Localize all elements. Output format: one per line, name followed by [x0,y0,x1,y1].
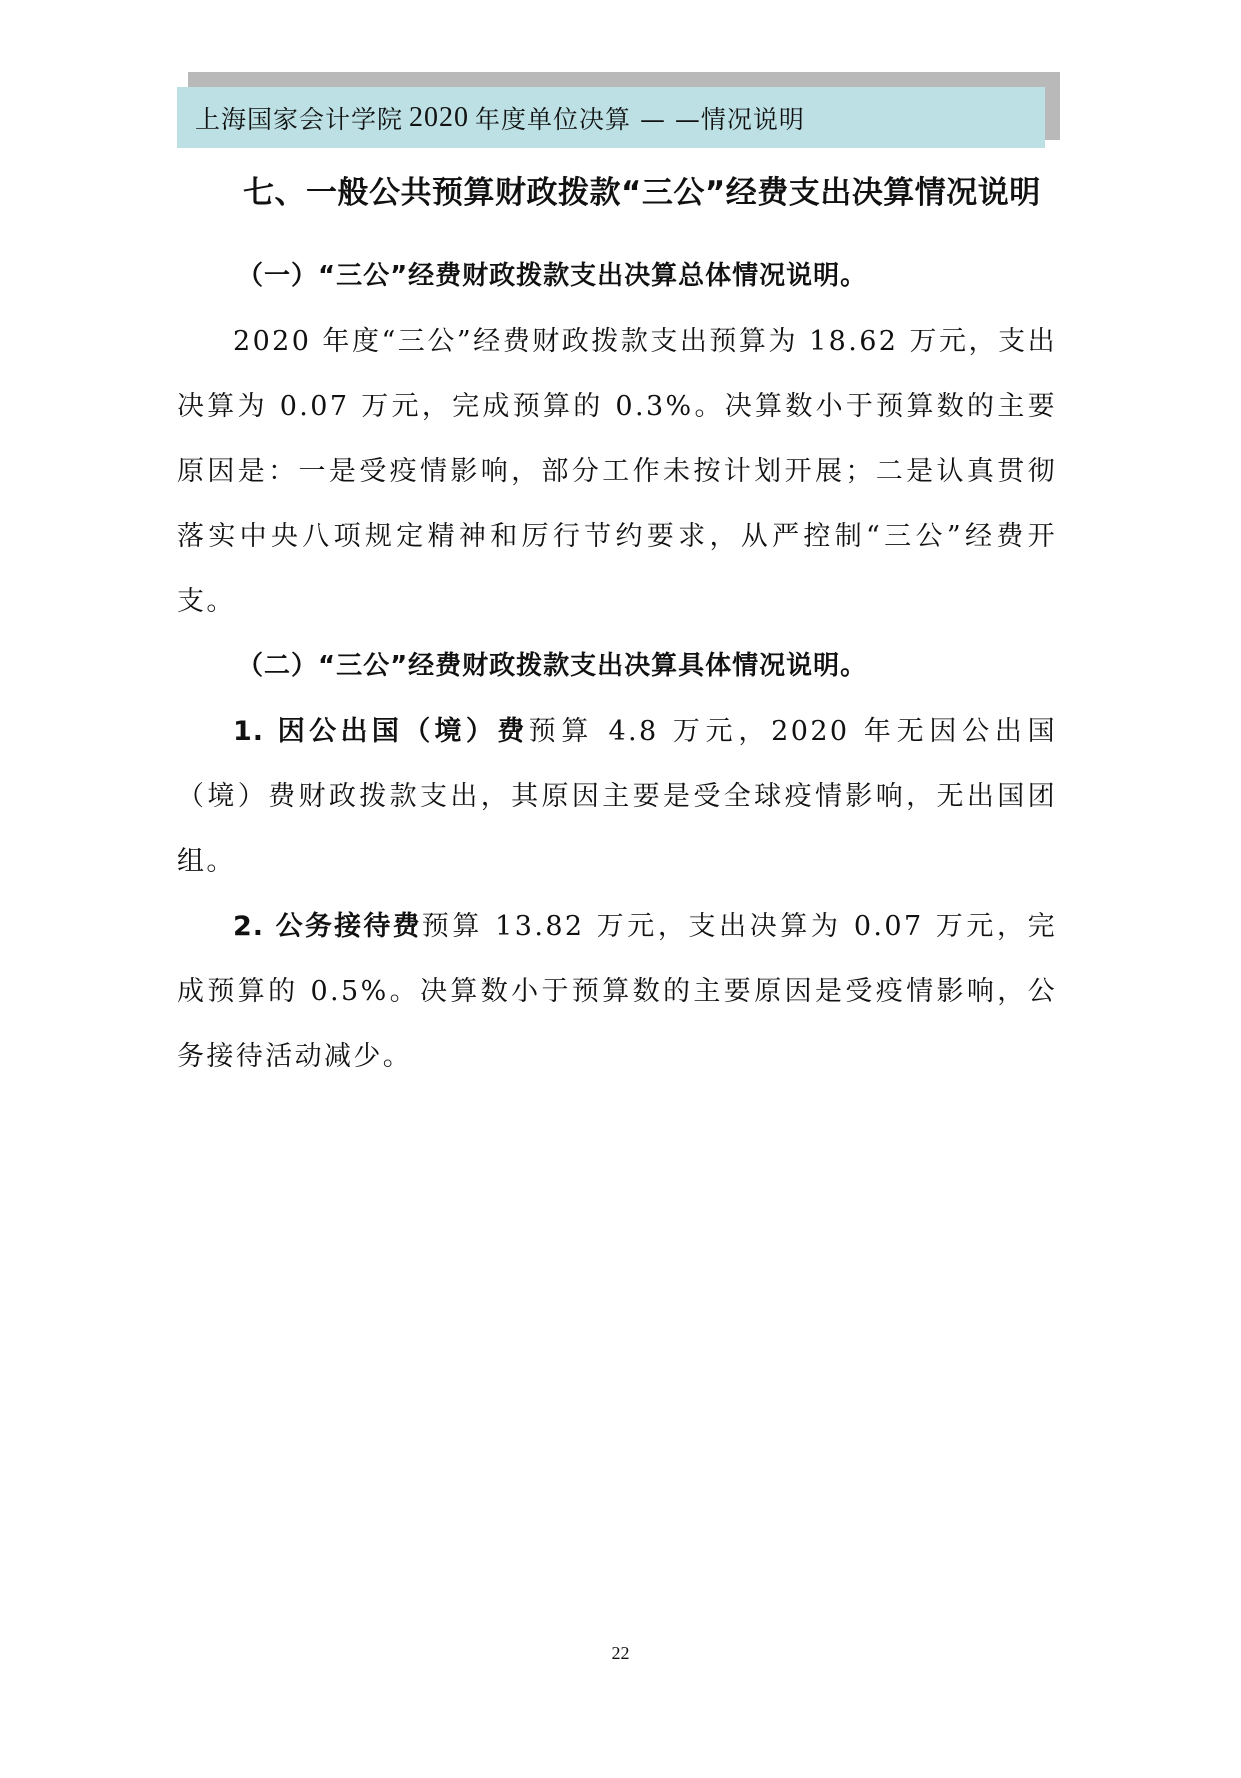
header-year: 2020 [409,102,469,134]
subsection-2-heading: （二）“三公”经费财政拨款支出决算具体情况说明。 [177,634,1057,699]
header-prefix: 上海国家会计学院 [195,100,403,136]
subsection-1-body: 2020 年度“三公”经费财政拨款支出预算为 18.62 万元，支出决算为 0.… [177,309,1057,634]
document-body: 七、一般公共预算财政拨款“三公”经费支出决算情况说明 （一）“三公”经费财政拨款… [177,160,1057,1089]
item-travel-abroad: 1. 因公出国（境）费预算 4.8 万元，2020 年无因公出国（境）费财政拨款… [177,699,1057,894]
item-travel-abroad-label: 1. 因公出国（境）费 [233,716,529,747]
item-reception: 2. 公务接待费预算 13.82 万元，支出决算为 0.07 万元，完成预算的 … [177,894,1057,1089]
header-banner: 上海国家会计学院 2020 年度单位决算 — —情况说明 [177,87,1045,148]
section-title: 七、一般公共预算财政拨款“三公”经费支出决算情况说明 [177,160,1057,226]
header-suffix: 年度单位决算 — —情况说明 [475,100,805,136]
page-number: 22 [0,1643,1241,1664]
subsection-1-heading: （一）“三公”经费财政拨款支出决算总体情况说明。 [177,244,1057,309]
item-reception-label: 2. 公务接待费 [233,911,422,942]
